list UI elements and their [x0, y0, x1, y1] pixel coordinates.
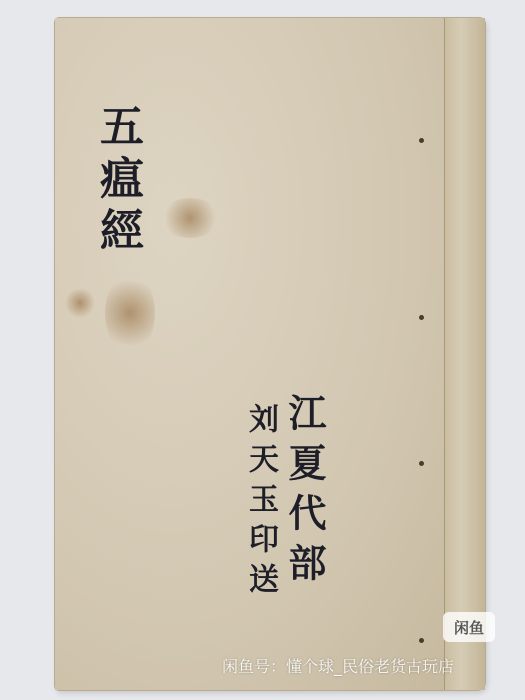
- binding-hole: [419, 138, 424, 143]
- inscription-right: 江夏代部: [285, 393, 323, 593]
- book-spine: [445, 18, 485, 690]
- book-title: 五瘟經: [95, 103, 139, 259]
- stain: [160, 198, 220, 238]
- stain: [65, 288, 95, 318]
- stain: [105, 273, 155, 353]
- binding-hole: [419, 638, 424, 643]
- xianyu-logo-badge: 闲鱼: [443, 612, 495, 642]
- watermark-text: 闲鱼号：懂个球_民俗老货古玩店: [222, 654, 454, 677]
- book-cover: 五瘟經 江夏代部 刘天玉印送: [55, 18, 445, 690]
- inscription-left: 刘天玉印送: [245, 403, 275, 603]
- old-book: 五瘟經 江夏代部 刘天玉印送: [55, 18, 485, 690]
- binding-hole: [419, 461, 424, 466]
- binding-hole: [419, 315, 424, 320]
